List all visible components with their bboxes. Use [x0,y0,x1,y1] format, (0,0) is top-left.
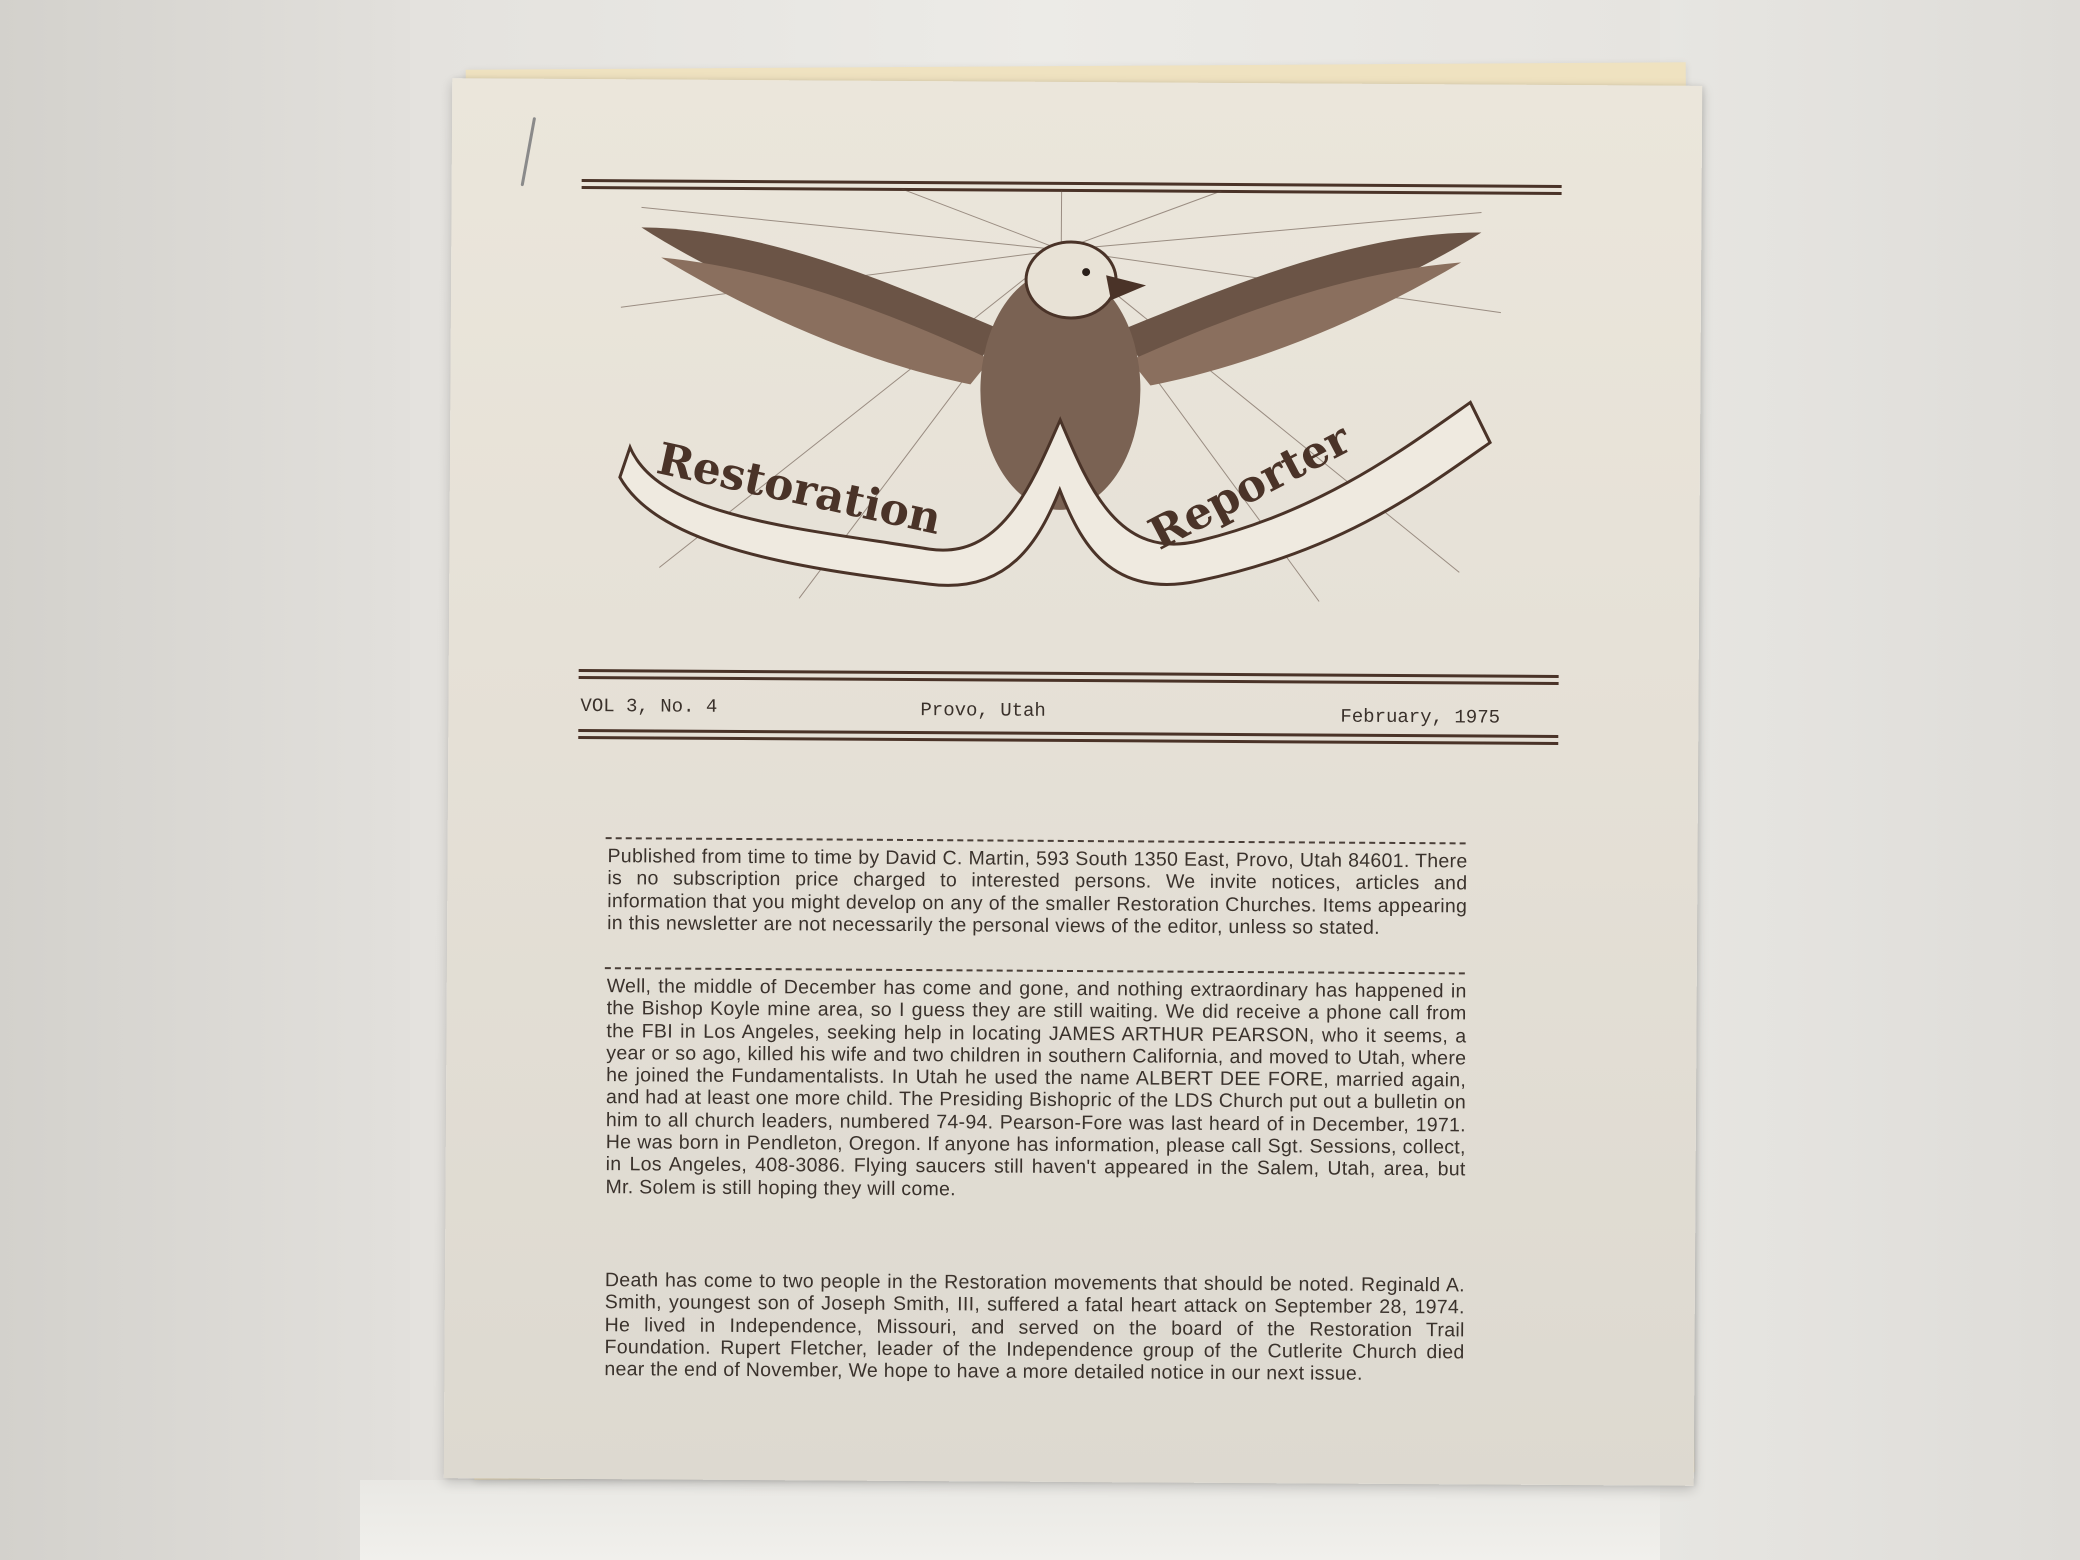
staple-icon [521,117,537,186]
article-obituaries: Death has come to two people in the Rest… [604,1269,1465,1386]
issue-info-row: VOL 3, No. 4 Provo, Utah February, 1975 [580,689,1560,735]
masthead: Restoration Reporter [599,187,1522,613]
background-wall-left [0,0,410,1560]
shelf-surface [360,1480,1660,1560]
colophon-rule-bottom [605,967,1465,974]
newsletter-page: Restoration Reporter VOL 3, No. 4 Provo,… [444,78,1703,1486]
colophon-text: Published from time to time by David C. … [607,845,1468,939]
background-wall-right [1660,0,2080,1560]
colophon-rule-top [606,837,1466,844]
volume-number: VOL 3, No. 4 [580,695,717,718]
issue-date: February, 1975 [1340,706,1500,729]
location: Provo, Utah [920,699,1046,722]
eagle-with-banner-icon: Restoration Reporter [599,187,1522,613]
issue-rule-top [579,669,1559,685]
article-koyle-pearson: Well, the middle of December has come an… [605,975,1466,1203]
